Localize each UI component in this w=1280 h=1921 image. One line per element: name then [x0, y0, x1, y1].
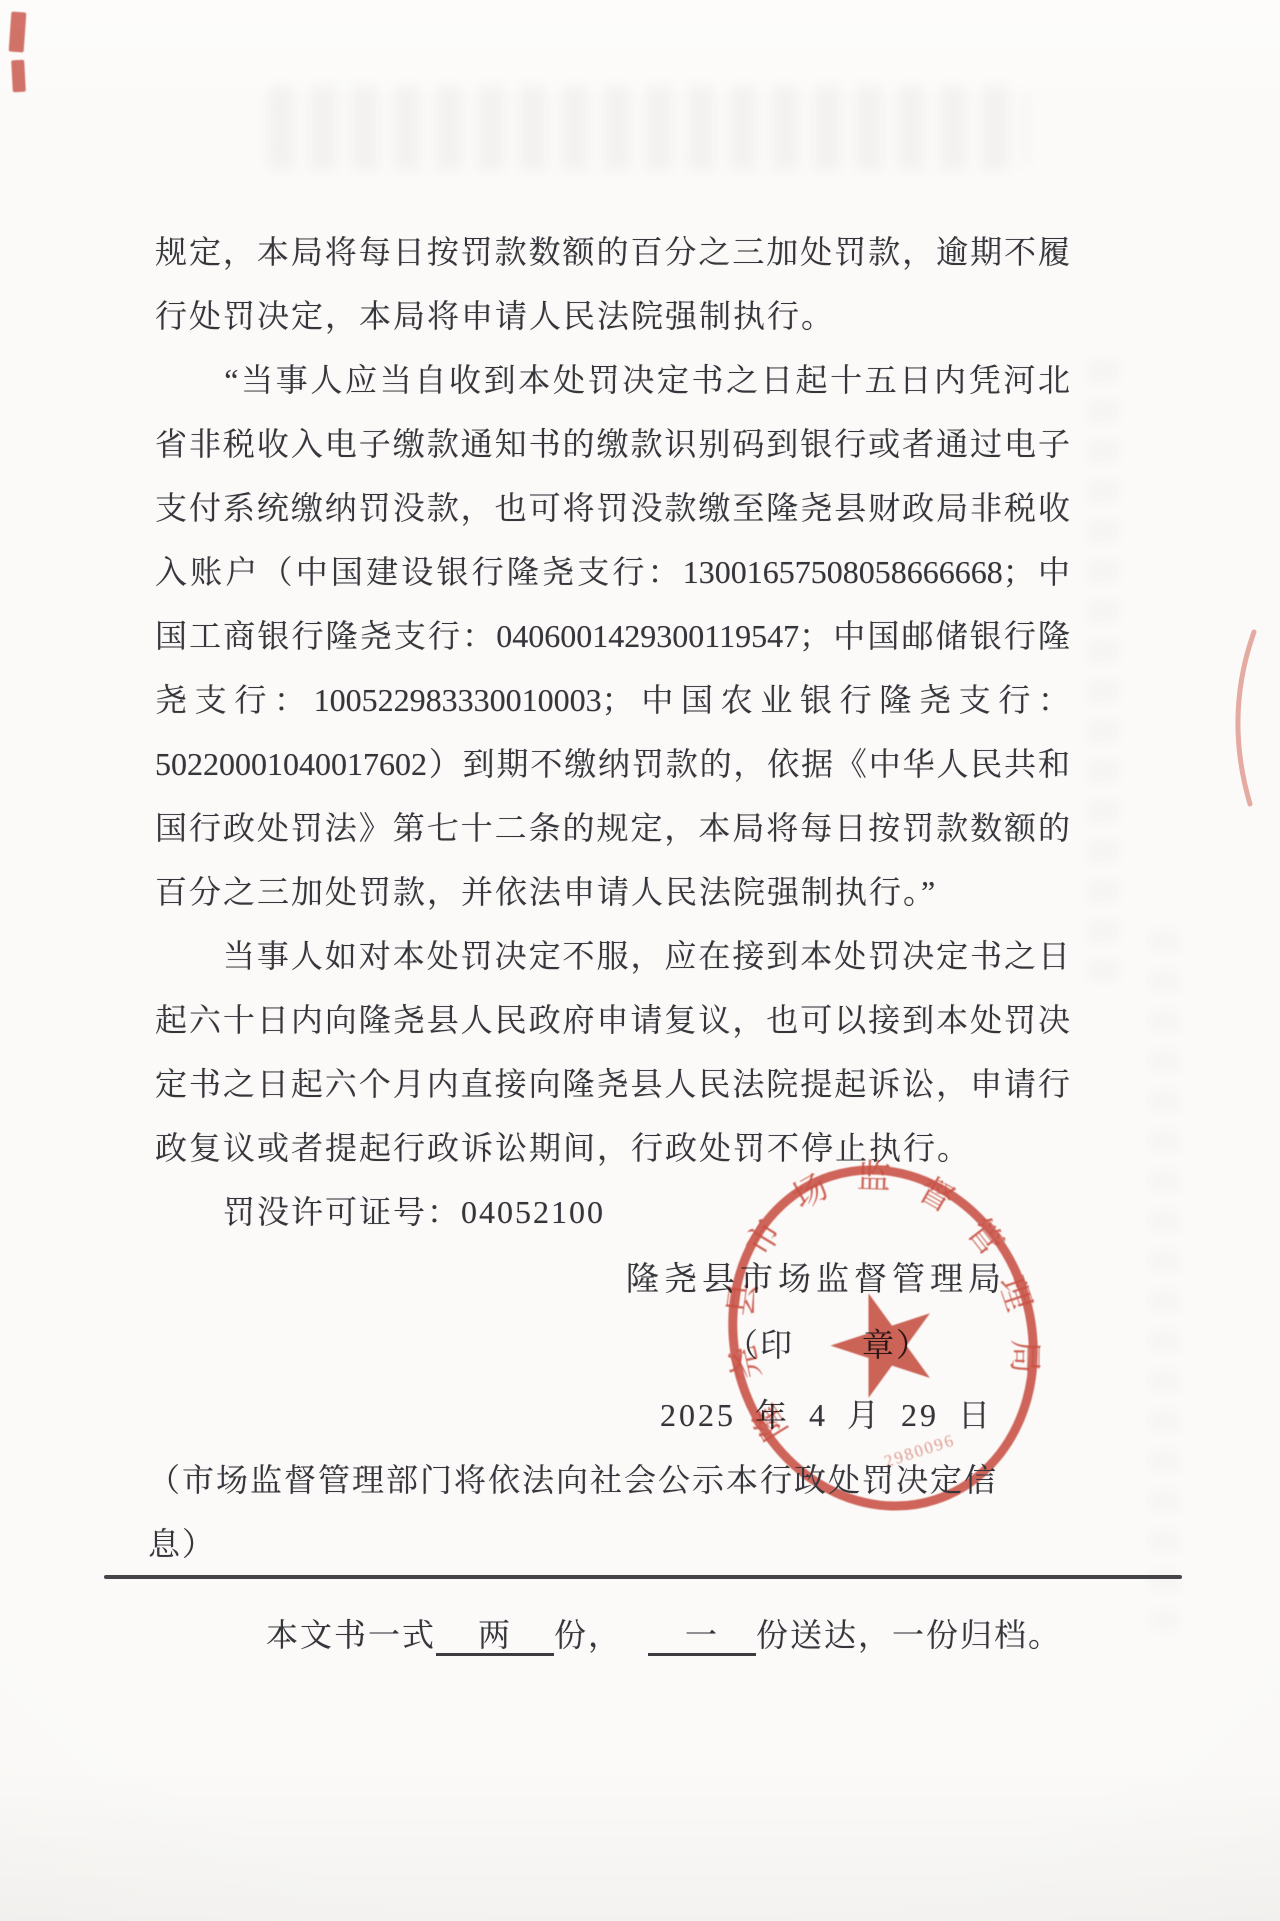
decision-date: 2025 年 4 月 29 日 — [660, 1390, 993, 1436]
issuing-agency-name: 隆尧县市场监督管理局 — [626, 1253, 1006, 1300]
body-line: 尧支行：100522983330010003；中国农业银行隆尧支行： — [155, 678, 1070, 724]
copies-prefix: 本文书一式 — [266, 1617, 436, 1653]
body-line: 入账户（中国建设银行隆尧支行：13001657508058666668；中 — [155, 550, 1070, 596]
copies-suffix: 份送达，一份归档。 — [756, 1617, 1062, 1653]
red-stamp-edge-arc — [1220, 626, 1264, 810]
copies-count-blank: 两 — [436, 1617, 554, 1656]
body-line: 政复议或者提起行政诉讼期间，行政处罚不停止执行。 — [155, 1126, 1070, 1172]
copies-served-blank: 一 — [648, 1617, 756, 1656]
copies-mid: 份， — [554, 1617, 622, 1653]
bleed-through-column — [1150, 930, 1180, 1630]
body-line: 当事人如对本处罚决定不服，应在接到本处罚决定书之日 — [155, 934, 1070, 980]
body-line: 国工商银行隆尧支行：0406001429300119547；中国邮储银行隆 — [155, 614, 1070, 660]
body-line: 罚没许可证号：04052100 — [155, 1190, 1070, 1236]
publicity-note-line2: 息） — [148, 1519, 216, 1565]
red-corner-mark — [11, 60, 26, 93]
body-line: 行处罚决定，本局将申请人民法院强制执行。 — [155, 294, 1070, 340]
copies-distribution-line: 本文书一式两份，一份送达，一份归档。 — [266, 1610, 1062, 1656]
body-line: 起六十日内向隆尧县人民政府申请复议，也可以接到本处罚决 — [155, 998, 1070, 1044]
scanned-penalty-decision-page: 规定，本局将每日按罚款数额的百分之三加处罚款，逾期不履行处罚决定，本局将申请人民… — [0, 0, 1280, 1921]
body-line: 支付系统缴纳罚没款，也可将罚没款缴至隆尧县财政局非税收 — [155, 486, 1070, 532]
seal-placeholder-label: （印 章） — [726, 1320, 930, 1366]
body-line: “当事人应当自收到本处罚决定书之日起十五日内凭河北 — [155, 358, 1070, 404]
bleed-through-smudge — [268, 86, 1028, 170]
red-corner-mark — [9, 12, 27, 53]
body-line: 50220001040017602）到期不缴纳罚款的，依据《中华人民共和 — [155, 742, 1070, 788]
bleed-through-column — [1088, 360, 1118, 980]
body-line: 规定，本局将每日按罚款数额的百分之三加处罚款，逾期不履 — [155, 230, 1070, 276]
footer-divider-line — [104, 1575, 1182, 1579]
body-line: 国行政处罚法》第七十二条的规定，本局将每日按罚款数额的 — [155, 806, 1070, 852]
publicity-note-line1: （市场监督管理部门将依法向社会公示本行政处罚决定信 — [148, 1455, 1078, 1501]
body-line: 定书之日起六个月内直接向隆尧县人民法院提起诉讼，申请行 — [155, 1062, 1070, 1108]
body-line: 百分之三加处罚款，并依法申请人民法院强制执行。” — [155, 870, 1070, 916]
body-line: 省非税收入电子缴款通知书的缴款识别码到银行或者通过电子 — [155, 422, 1070, 468]
